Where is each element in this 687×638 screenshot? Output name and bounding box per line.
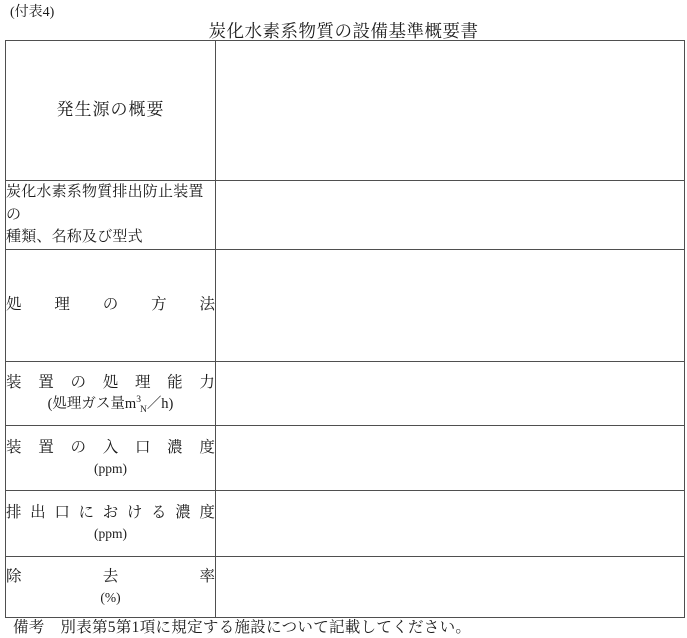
label-cell-treatment-method: 処理の方法 [6,249,216,361]
row-unit: (ppm) [6,461,215,477]
form-sheet: (付表4) 炭化水素系物質の設備基準概要書 発生源の概要 炭化水素系物質排出防止… [0,0,687,638]
row-unit: (ppm) [6,526,215,542]
input-cell-outlet-concentration[interactable] [216,490,685,556]
unit-superscript: 3 [136,395,141,405]
table-row-outlet-concentration: 排出口における濃度 (ppm) [6,490,685,556]
table-row-removal-rate: 除去率 (%) [6,556,685,617]
label-cell-removal-rate: 除去率 (%) [6,556,216,617]
input-cell-treatment-capacity[interactable] [216,361,685,425]
row-label: 処理の方法 [6,295,215,315]
label-cell-outlet-concentration: 排出口における濃度 (ppm) [6,490,216,556]
table-row-source-overview: 発生源の概要 [6,41,685,181]
row-label: 排出口における濃度 [6,503,215,523]
input-cell-inlet-concentration[interactable] [216,425,685,490]
table-row-treatment-method: 処理の方法 [6,249,685,361]
input-cell-source-overview[interactable] [216,41,685,181]
label-cell-treatment-capacity: 装置の処理能力 (処理ガス量m3N／h) [6,361,216,425]
input-cell-treatment-method[interactable] [216,249,685,361]
table-row-treatment-capacity: 装置の処理能力 (処理ガス量m3N／h) [6,361,685,425]
row-label: 装置の処理能力 [6,373,215,393]
unit-prefix: (処理ガス量m [48,396,137,412]
input-cell-device-type[interactable] [216,181,685,250]
table-row-device-type: 炭化水素系物質排出防止装置の 種類、名称及び型式 [6,181,685,250]
label-cell-device-type: 炭化水素系物質排出防止装置の 種類、名称及び型式 [6,181,216,250]
row-label: 除去率 [6,567,215,587]
label-cell-source-overview: 発生源の概要 [6,41,216,181]
row-unit: (処理ガス量m3N／h) [6,396,215,413]
table-row-inlet-concentration: 装置の入口濃度 (ppm) [6,425,685,490]
unit-suffix: ／h) [147,396,174,412]
row-label: 装置の入口濃度 [6,438,215,458]
row-label: 発生源の概要 [6,99,215,121]
input-cell-removal-rate[interactable] [216,556,685,617]
label-cell-inlet-concentration: 装置の入口濃度 (ppm) [6,425,216,490]
remarks-note: 備考 別表第5第1項に規定する施設について記載してください。 [13,615,471,637]
row-unit: (%) [6,590,215,606]
row-label: 炭化水素系物質排出防止装置の 種類、名称及び型式 [6,181,215,249]
equipment-standard-table: 発生源の概要 炭化水素系物質排出防止装置の 種類、名称及び型式 処理の方法 装置… [5,40,685,618]
unit-subscript: N [140,405,147,415]
